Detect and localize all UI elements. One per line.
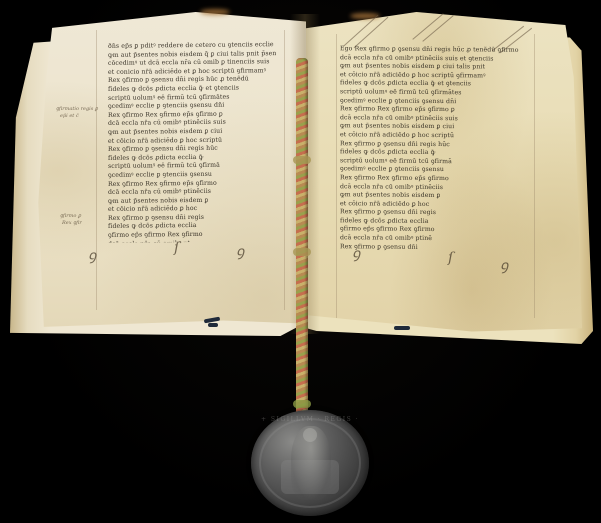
folio-mark: ꝯ xyxy=(500,256,508,275)
cord-knot xyxy=(293,400,311,408)
margin-ruling xyxy=(96,30,97,310)
folio-mark: ꝯ xyxy=(88,246,96,265)
folio-mark: ſ xyxy=(448,250,453,266)
folio-mark: ꝯ xyxy=(352,244,360,263)
margin-ruling xyxy=(534,34,535,318)
photo-scene: ðn̄s ep̄s ꝑ pditꝰ reddere de cetero cu ꝯ… xyxy=(0,0,601,523)
margin-note: ep̄i et c̄ xyxy=(60,113,79,119)
hanging-seal: + SIGILLVM · REGIS · xyxy=(251,410,369,516)
left-page-text: ðn̄s ep̄s ꝑ pditꝰ reddere de cetero cu ꝯ… xyxy=(108,41,276,243)
margin-note: ꝯfirmatio regis ꝑ xyxy=(56,106,98,112)
seal-legend: + SIGILLVM · REGIS · xyxy=(251,410,369,516)
margin-note: ꝯfirmo ꝑ xyxy=(60,213,81,219)
margin-ruling xyxy=(284,30,285,310)
binding-thread-tie xyxy=(208,323,218,327)
top-edge-stain xyxy=(200,9,230,15)
braided-seal-cord xyxy=(296,58,308,418)
margin-note: Rex ꝯfir xyxy=(62,220,82,226)
cord-knot xyxy=(293,248,311,256)
folio-mark: ꝯ xyxy=(236,242,244,261)
text-line: Rex ꝯfirmo ꝑ ꝯsensu dn̄i xyxy=(340,243,526,253)
folio-mark: ſ xyxy=(174,240,179,256)
margin-ruling xyxy=(336,34,337,318)
right-page-text: Ego Rex ꝯfirmo ꝑ ꝯsensu dn̄i regis hūc ꝓ… xyxy=(340,45,526,255)
cord-knot xyxy=(293,156,311,164)
binding-thread-tie xyxy=(394,326,410,330)
